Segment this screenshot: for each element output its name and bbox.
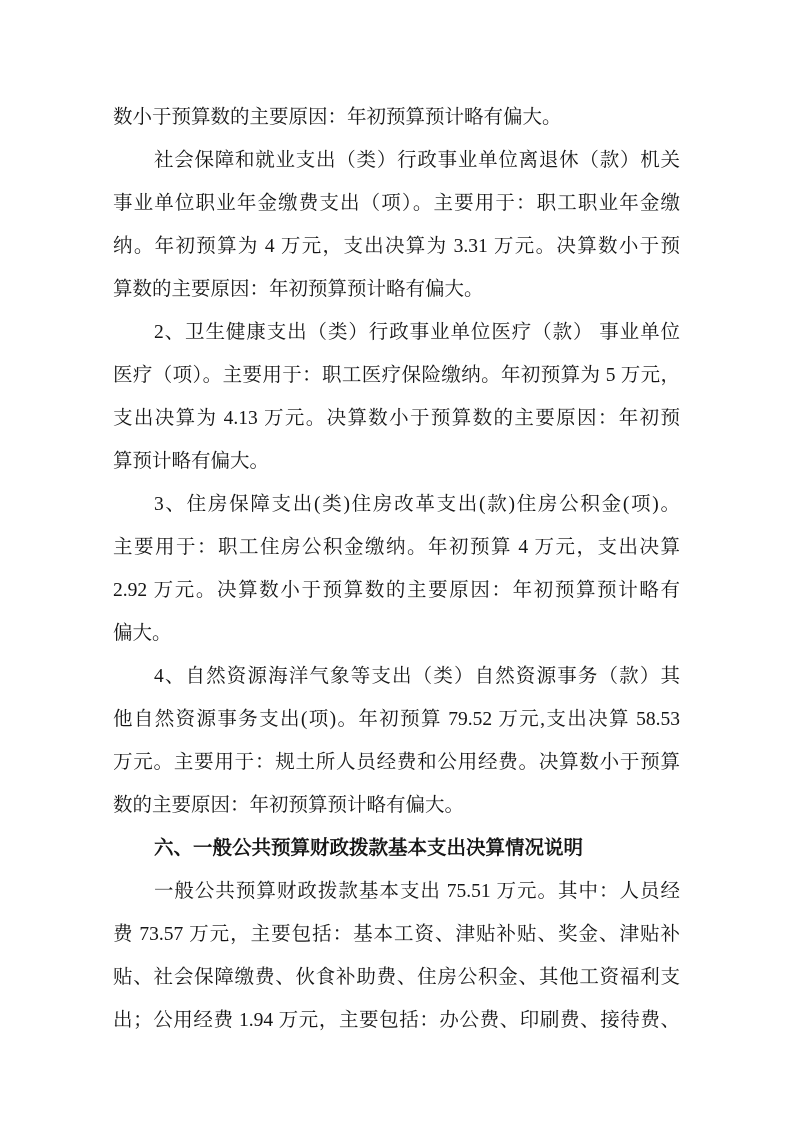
paragraph-line: 贴、社会保障缴费、伙食补助费、住房公积金、其他工资福利支 xyxy=(113,956,680,999)
paragraph-line: 出；公用经费 1.94 万元，主要包括：办公费、印刷费、接待费、 xyxy=(113,999,680,1042)
paragraph-line: 算数的主要原因：年初预算预计略有偏大。 xyxy=(113,268,680,311)
paragraph-line: 2.92 万元。决算数小于预算数的主要原因：年初预算预计略有 xyxy=(113,569,680,612)
paragraph-line: 主要用于：职工住房公积金缴纳。年初预算 4 万元，支出决算 xyxy=(113,526,680,569)
paragraph-line: 事业单位职业年金缴费支出（项）。主要用于：职工职业年金缴 xyxy=(113,182,680,225)
paragraph-line: 4、自然资源海洋气象等支出（类）自然资源事务（款）其 xyxy=(113,655,680,698)
paragraph-line: 万元。主要用于：规土所人员经费和公用经费。决算数小于预算 xyxy=(113,741,680,784)
paragraph-line: 支出决算为 4.13 万元。决算数小于预算数的主要原因：年初预 xyxy=(113,397,680,440)
document-page: 数小于预算数的主要原因：年初预算预计略有偏大。 社会保障和就业支出（类）行政事业… xyxy=(0,0,793,1122)
section-heading: 六、一般公共预算财政拨款基本支出决算情况说明 xyxy=(113,827,680,870)
paragraph-line: 他自然资源事务支出(项)。年初预算 79.52 万元,支出决算 58.53 xyxy=(113,698,680,741)
paragraph-line: 数小于预算数的主要原因：年初预算预计略有偏大。 xyxy=(113,96,680,139)
paragraph-line: 2、卫生健康支出（类）行政事业单位医疗（款） 事业单位 xyxy=(113,311,680,354)
paragraph-line: 一般公共预算财政拨款基本支出 75.51 万元。其中：人员经 xyxy=(113,870,680,913)
paragraph-line: 数的主要原因：年初预算预计略有偏大。 xyxy=(113,784,680,827)
paragraph-line: 纳。年初预算为 4 万元，支出决算为 3.31 万元。决算数小于预 xyxy=(113,225,680,268)
paragraph-line: 费 73.57 万元，主要包括：基本工资、津贴补贴、奖金、津贴补 xyxy=(113,913,680,956)
paragraph-line: 医疗（项）。主要用于：职工医疗保险缴纳。年初预算为 5 万元， xyxy=(113,354,680,397)
paragraph-line: 社会保障和就业支出（类）行政事业单位离退休（款）机关 xyxy=(113,139,680,182)
paragraph-line: 偏大。 xyxy=(113,612,680,655)
paragraph-line: 3、住房保障支出(类)住房改革支出(款)住房公积金(项)。 xyxy=(113,483,680,526)
paragraph-line: 算预计略有偏大。 xyxy=(113,440,680,483)
document-text-block: 数小于预算数的主要原因：年初预算预计略有偏大。 社会保障和就业支出（类）行政事业… xyxy=(113,96,680,1042)
